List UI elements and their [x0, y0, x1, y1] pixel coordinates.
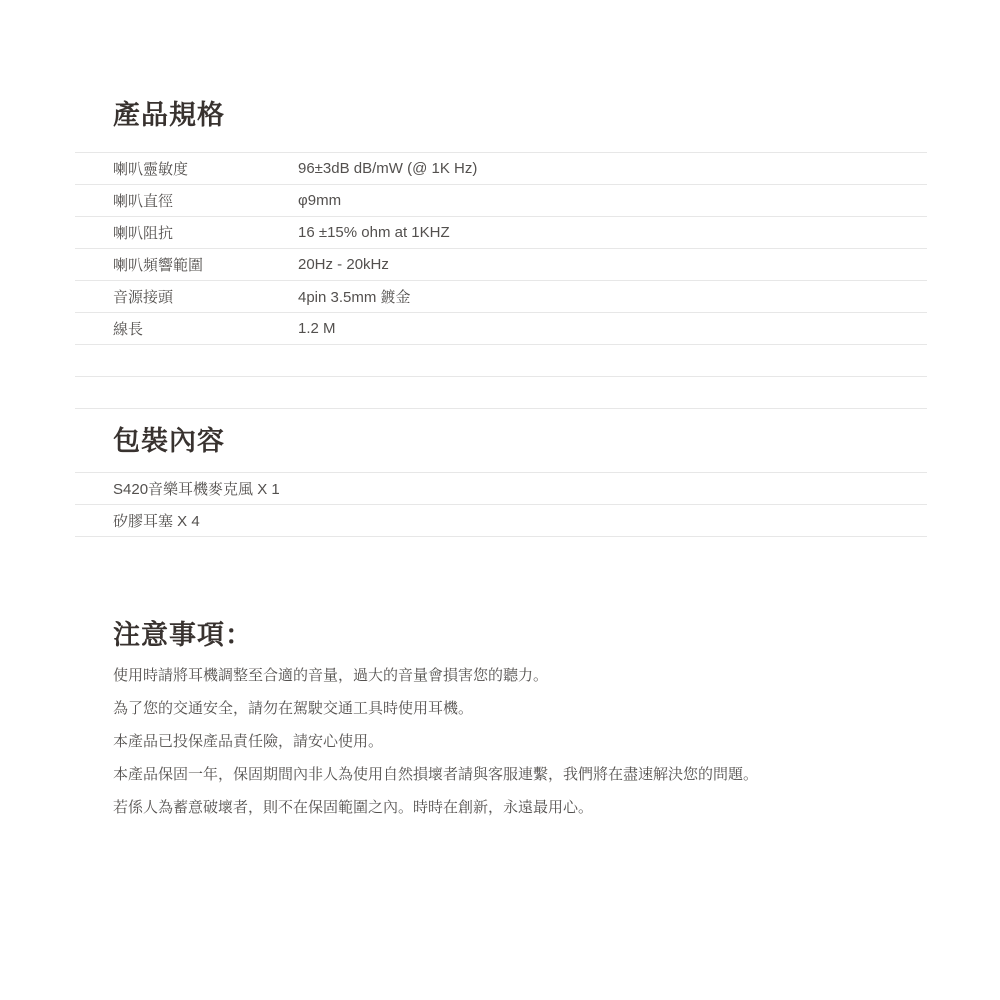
note-line-insurance: 本產品已投保產品責任險，請安心使用。: [113, 725, 927, 758]
spec-value: 1.2 M: [298, 320, 336, 337]
section-spacer-rows: [75, 345, 927, 409]
spec-row-frequency-range: 喇叭頻響範圍 20Hz - 20kHz: [75, 248, 927, 280]
package-section-title: 包裝內容: [113, 409, 927, 472]
note-line-damage: 若係人為蓄意破壞者，則不在保固範圍之內。時時在創新，永遠最用心。: [113, 791, 927, 824]
spacer-row: [75, 376, 927, 408]
spec-row-audio-plug: 音源接頭 4pin 3.5mm 鍍金: [75, 280, 927, 312]
package-item-eartips: 矽膠耳塞 X 4: [75, 504, 927, 536]
spec-row-cable-length: 線長 1.2 M: [75, 312, 927, 344]
note-line-warranty: 本產品保固一年，保固期間內非人為使用自然損壞者請與客服連繫，我們將在盡速解決您的…: [113, 758, 927, 791]
product-description-page: 產品規格 喇叭靈敏度 96±3dB dB/mW (@ 1K Hz) 喇叭直徑 φ…: [75, 0, 927, 824]
spec-label: 喇叭頻響範圍: [113, 254, 298, 275]
spec-row-impedance: 喇叭阻抗 16 ±15% ohm at 1KHZ: [75, 216, 927, 248]
specs-section-title: 產品規格: [113, 0, 927, 152]
notes-list: 使用時請將耳機調整至合適的音量，過大的音量會損害您的聽力。 為了您的交通安全，請…: [113, 659, 927, 824]
spec-label: 喇叭直徑: [113, 190, 298, 211]
spec-row-sensitivity: 喇叭靈敏度 96±3dB dB/mW (@ 1K Hz): [75, 152, 927, 184]
spec-value: 20Hz - 20kHz: [298, 256, 389, 273]
spec-value: 16 ±15% ohm at 1KHZ: [298, 224, 450, 241]
spec-label: 音源接頭: [113, 286, 298, 307]
spec-value: 4pin 3.5mm 鍍金: [298, 286, 411, 307]
specs-table: 喇叭靈敏度 96±3dB dB/mW (@ 1K Hz) 喇叭直徑 φ9mm 喇…: [75, 152, 927, 345]
spec-label: 喇叭靈敏度: [113, 158, 298, 179]
spec-label: 線長: [113, 318, 298, 339]
spec-value: φ9mm: [298, 192, 341, 209]
package-item-headset: S420音樂耳機麥克風 X 1: [75, 472, 927, 504]
note-line-traffic: 為了您的交通安全，請勿在駕駛交通工具時使用耳機。: [113, 692, 927, 725]
spacer-row: [75, 345, 927, 376]
note-line-volume: 使用時請將耳機調整至合適的音量，過大的音量會損害您的聽力。: [113, 659, 927, 692]
notes-section-title: 注意事項：: [113, 537, 927, 659]
spec-row-diameter: 喇叭直徑 φ9mm: [75, 184, 927, 216]
package-list: S420音樂耳機麥克風 X 1 矽膠耳塞 X 4: [75, 472, 927, 537]
spec-value: 96±3dB dB/mW (@ 1K Hz): [298, 160, 477, 177]
spec-label: 喇叭阻抗: [113, 222, 298, 243]
